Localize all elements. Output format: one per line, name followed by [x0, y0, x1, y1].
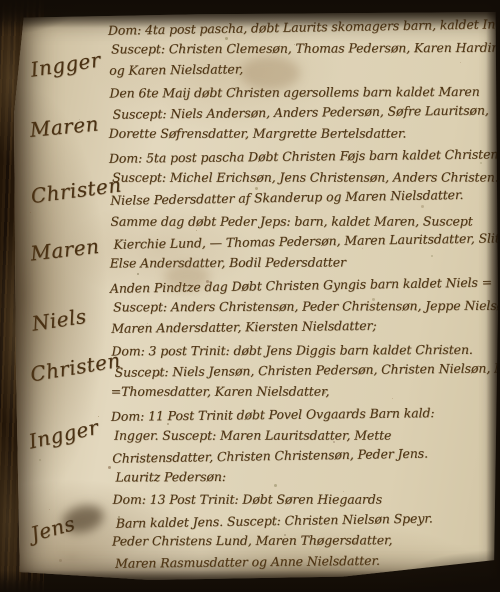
register-entry: NielsAnden Pindtze dag Døbt Christen Gyn…: [24, 274, 494, 339]
register-entry: MarenDen 6te Maij døbt Christen agersoll…: [22, 81, 492, 146]
entry-line: Dorette Søfrensdatter, Margrette Bertels…: [109, 123, 493, 144]
entry-lines: Samme dag døbt Peder Jeps: barn, kaldet …: [109, 210, 493, 275]
register-entry: InggerDom: 11 Post Trinit døbt Povel Ovg…: [25, 403, 496, 489]
entry-line: Nielse Pedersdatter af Skanderup og Mare…: [110, 184, 494, 211]
margin-name: Maren: [23, 111, 111, 143]
register-entry: MarenSamme dag døbt Peder Jeps: barn, ka…: [23, 210, 493, 275]
entry-line: Peder Christens Lund, Maren Thøgersdatte…: [112, 530, 496, 552]
register-entry: JensDom: 13 Post Trinit: Døbt Søren Hieg…: [26, 488, 497, 574]
entry-line: Suscept: Niels Jensøn, Christen Pedersøn…: [115, 358, 499, 383]
entry-line: Lauritz Pedersøn:: [115, 465, 499, 487]
entry-line: Maren Andersdatter, Kiersten Nielsdatter…: [111, 314, 495, 339]
entry-lines: Dom: 11 Post Trinit døbt Povel Ovgaards …: [111, 403, 496, 488]
register-paper-page: InggerDom: 4ta post pascha, døbt Laurits…: [14, 12, 498, 580]
entry-lines: Dom: 13 Post Trinit: Døbt Søren Hiegaard…: [112, 488, 497, 573]
entry-lines: Dom: 5ta post pascha Døbt Christen Føjs …: [109, 145, 493, 210]
margin-name: Christen: [23, 350, 112, 388]
register-entry: ChristenDom: 3 post Trinit: døbt Jens Di…: [24, 339, 494, 404]
entry-lines: Dom: 3 post Trinit: døbt Jens Diggis bar…: [110, 339, 494, 404]
entry-line: =Thomesdatter, Karen Nielsdatter,: [111, 381, 495, 402]
margin-name: Ingger: [21, 413, 110, 455]
entry-lines: Den 6te Maij døbt Christen agersollems b…: [108, 81, 492, 146]
margin-name: Maren: [23, 233, 111, 267]
register-entry: ChristenDom: 5ta post pascha Døbt Christ…: [23, 145, 493, 210]
entry-line: Dom: 13 Post Trinit: Døbt Søren Hiegaard…: [113, 489, 497, 510]
entry-line: og Karen Nielsdatter,: [109, 56, 493, 81]
margin-name: Jens: [22, 502, 111, 548]
entry-line: Dom: 5ta post pascha Døbt Christen Føjs …: [109, 144, 493, 169]
entry-line: Else Andersdatter, Bodil Pedersdatter: [110, 251, 494, 273]
manuscript-photo: InggerDom: 4ta post pascha, døbt Laurits…: [0, 0, 500, 592]
register-entry: InggerDom: 4ta post pascha, døbt Laurits…: [22, 16, 492, 81]
entry-line: Maren Rasmusdatter og Anne Nielsdatter.: [115, 549, 499, 574]
register-entries: InggerDom: 4ta post pascha, døbt Laurits…: [12, 10, 500, 577]
margin-name: Niels: [24, 300, 113, 336]
margin-name: Christen: [23, 174, 111, 209]
entry-line: Dom: 11 Post Trinit døbt Povel Ovgaards …: [111, 402, 495, 427]
entry-lines: Anden Pindtze dag Døbt Christen Gyngis b…: [110, 274, 494, 339]
margin-name: Ingger: [23, 46, 112, 82]
entry-lines: Dom: 4ta post pascha, døbt Laurits skoma…: [108, 16, 492, 81]
entry-line: Suscept: Niels Andersøn, Anders Pedersøn…: [112, 100, 496, 125]
